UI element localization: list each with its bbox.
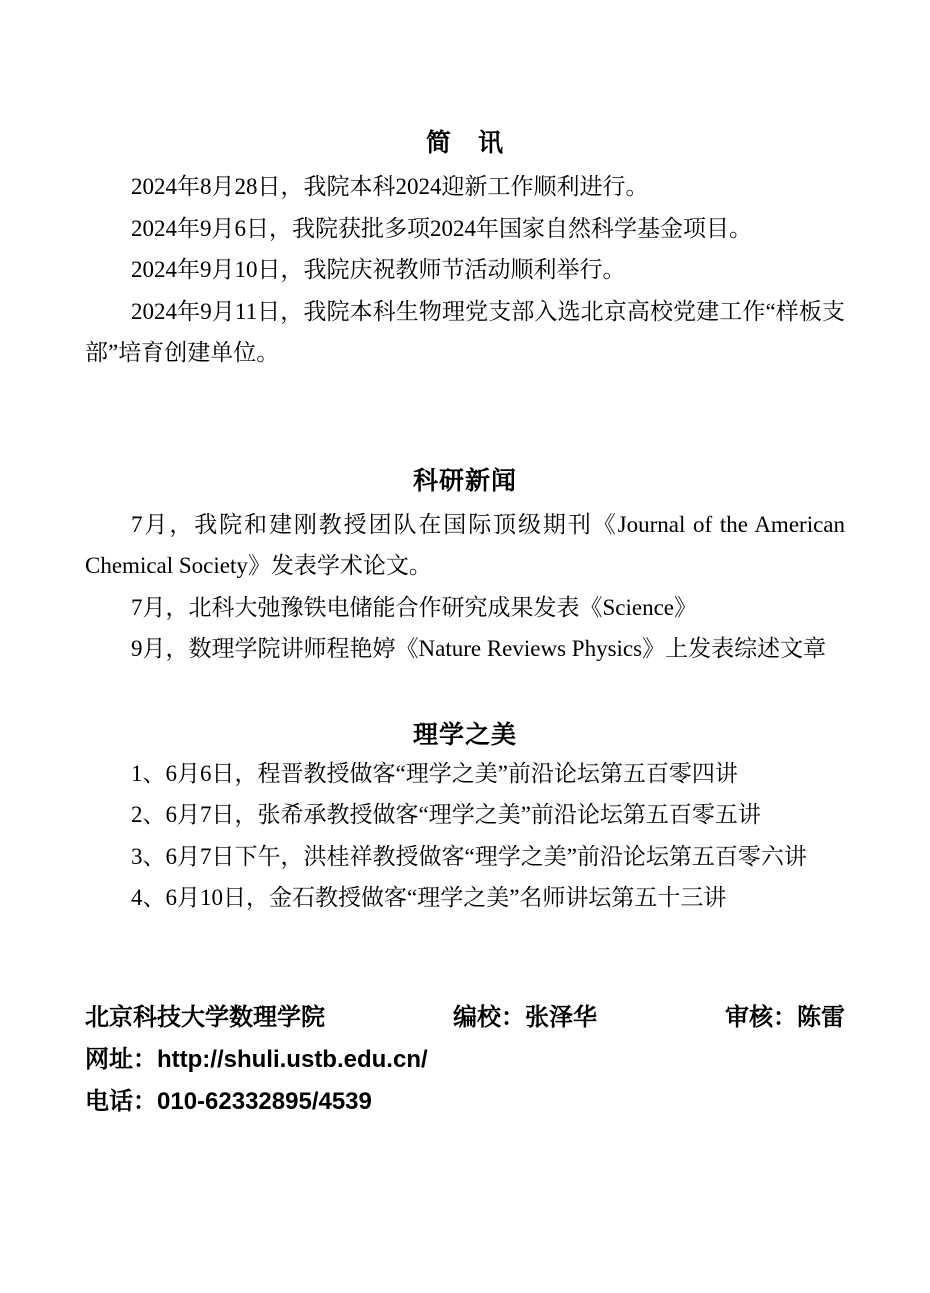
paragraph: 7月，我院和建刚教授团队在国际顶级期刊《Journal of the Ameri… bbox=[85, 504, 845, 587]
list-item: 3、6月7日下午，洪桂祥教授做客“理学之美”前沿论坛第五百零六讲 bbox=[85, 836, 845, 878]
footer-editor: 编校：张泽华 bbox=[453, 997, 597, 1039]
section-title-beauty-of-science: 理学之美 bbox=[85, 720, 845, 750]
paragraph: 2024年8月28日，我院本科2024迎新工作顺利进行。 bbox=[85, 166, 845, 208]
footer-phone-line: 电话：010-62332895/4539 bbox=[85, 1081, 845, 1123]
list-item: 1、6月6日，程晋教授做客“理学之美”前沿论坛第五百零四讲 bbox=[85, 753, 845, 795]
section-beauty-of-science: 理学之美 1、6月6日，程晋教授做客“理学之美”前沿论坛第五百零四讲 2、6月7… bbox=[85, 720, 845, 919]
footer-phone-number: 010-62332895/4539 bbox=[157, 1088, 372, 1115]
footer-credits-row: 北京科技大学数理学院 编校：张泽华 审核：陈雷 bbox=[85, 997, 845, 1039]
section-title-research-news: 科研新闻 bbox=[85, 466, 845, 496]
section-title-brief-news: 简 讯 bbox=[85, 128, 845, 158]
section-brief-news: 简 讯 2024年8月28日，我院本科2024迎新工作顺利进行。 2024年9月… bbox=[85, 128, 845, 374]
footer-reviewer: 审核：陈雷 bbox=[725, 997, 845, 1039]
document-page: 简 讯 2024年8月28日，我院本科2024迎新工作顺利进行。 2024年9月… bbox=[0, 0, 930, 1293]
paragraph: 2024年9月10日，我院庆祝教师节活动顺利举行。 bbox=[85, 249, 845, 291]
paragraph: 2024年9月11日，我院本科生物理党支部入选北京高校党建工作“样板支部”培育创… bbox=[85, 291, 845, 374]
footer-website-line: 网址：http://shuli.ustb.edu.cn/ bbox=[85, 1039, 845, 1081]
list-item: 4、6月10日，金石教授做客“理学之美”名师讲坛第五十三讲 bbox=[85, 877, 845, 919]
paragraph: 2024年9月6日，我院获批多项2024年国家自然科学基金项目。 bbox=[85, 208, 845, 250]
footer-website-url: http://shuli.ustb.edu.cn/ bbox=[157, 1046, 428, 1073]
document-content: 简 讯 2024年8月28日，我院本科2024迎新工作顺利进行。 2024年9月… bbox=[0, 128, 930, 1123]
section-research-news: 科研新闻 7月，我院和建刚教授团队在国际顶级期刊《Journal of the … bbox=[85, 466, 845, 670]
paragraph: 9月，数理学院讲师程艳婷《Nature Reviews Physics》上发表综… bbox=[85, 628, 845, 670]
footer: 北京科技大学数理学院 编校：张泽华 审核：陈雷 网址：http://shuli.… bbox=[85, 997, 845, 1123]
footer-website-label: 网址： bbox=[85, 1046, 157, 1073]
footer-organization: 北京科技大学数理学院 bbox=[85, 997, 325, 1039]
list-item: 2、6月7日，张希承教授做客“理学之美”前沿论坛第五百零五讲 bbox=[85, 794, 845, 836]
paragraph: 7月，北科大弛豫铁电储能合作研究成果发表《Science》 bbox=[85, 587, 845, 629]
footer-phone-label: 电话： bbox=[85, 1088, 157, 1115]
